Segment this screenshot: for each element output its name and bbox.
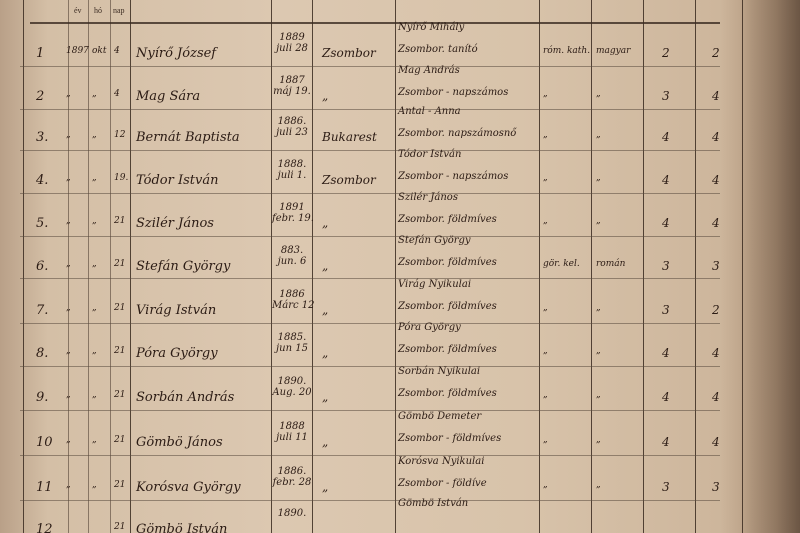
cell-ho: „ bbox=[92, 173, 97, 183]
cell-birthplace: Zsombor bbox=[322, 46, 376, 60]
cell-religion: „ bbox=[543, 346, 548, 356]
cell-ho: „ bbox=[92, 89, 97, 99]
cell-c1: 3 bbox=[662, 89, 670, 103]
cell-residence: Zsombor - földíve bbox=[398, 478, 487, 489]
cell-ev: „ bbox=[66, 390, 71, 400]
cell-c2: 3 bbox=[712, 259, 720, 273]
cell-ev: „ bbox=[66, 130, 71, 140]
header-year: év bbox=[74, 6, 82, 15]
cell-no: 3. bbox=[36, 130, 48, 145]
birth-year: 1890. bbox=[272, 508, 312, 519]
birth-day: jun 15 bbox=[272, 343, 312, 354]
cell-c2: 4 bbox=[712, 216, 720, 230]
cell-parent: Korósva Nyikulai bbox=[398, 456, 484, 467]
cell-nationality: „ bbox=[596, 89, 601, 99]
cell-nap: 12 bbox=[114, 130, 125, 140]
birth-year: 1887 bbox=[272, 75, 312, 86]
cell-no: 7. bbox=[36, 303, 48, 318]
birth-day: Aug. 20 bbox=[272, 387, 312, 398]
cell-residence: Zsombor. földmíves bbox=[398, 344, 497, 355]
cell-c1: 4 bbox=[662, 435, 670, 449]
birth-day: juli 28 bbox=[272, 43, 312, 54]
cell-residence: Zsombor - napszámos bbox=[398, 171, 508, 182]
row-rule bbox=[20, 323, 720, 324]
cell-nationality: „ bbox=[596, 480, 601, 490]
cell-nap: 21 bbox=[114, 346, 125, 356]
cell-c1: 4 bbox=[662, 173, 670, 187]
column-rule bbox=[643, 0, 644, 533]
cell-ho: „ bbox=[92, 130, 97, 140]
cell-residence: Zsombor. földmíves bbox=[398, 388, 497, 399]
cell-birth-date: 1886.juli 23 bbox=[272, 116, 312, 138]
cell-birth-date: 1891febr. 19. bbox=[272, 202, 312, 224]
row-rule bbox=[20, 500, 720, 501]
header-rule bbox=[30, 22, 720, 24]
birth-year: 1886. bbox=[272, 466, 312, 477]
cell-ho: „ bbox=[92, 390, 97, 400]
birth-day: jun. 6 bbox=[272, 256, 312, 267]
cell-name: Virág István bbox=[136, 303, 216, 318]
cell-religion: „ bbox=[543, 435, 548, 445]
header-month: hó bbox=[94, 6, 102, 15]
cell-name: Nyírő József bbox=[136, 46, 216, 61]
row-rule bbox=[20, 66, 720, 67]
birth-year: 1888 bbox=[272, 421, 312, 432]
cell-religion: „ bbox=[543, 216, 548, 226]
cell-birth-date: 1885.jun 15 bbox=[272, 332, 312, 354]
column-rule bbox=[695, 0, 696, 533]
birth-day: juli 11 bbox=[272, 432, 312, 443]
cell-ho: „ bbox=[92, 216, 97, 226]
cell-nationality: „ bbox=[596, 216, 601, 226]
cell-birthplace: „ bbox=[322, 346, 328, 360]
cell-nap: 21 bbox=[114, 522, 125, 532]
row-rule bbox=[20, 455, 720, 456]
cell-birthplace: Bukarest bbox=[322, 130, 377, 144]
birth-year: 1891 bbox=[272, 202, 312, 213]
cell-parent: Gömbö Demeter bbox=[398, 411, 481, 422]
cell-ho: „ bbox=[92, 303, 97, 313]
cell-no: 2 bbox=[36, 89, 44, 104]
cell-religion: „ bbox=[543, 390, 548, 400]
cell-c1: 3 bbox=[662, 259, 670, 273]
cell-parent: Antal - Anna bbox=[398, 106, 461, 117]
cell-birth-date: 1886Márc 12 bbox=[272, 289, 312, 311]
cell-residence: Zsombor. tanító bbox=[398, 44, 478, 55]
cell-birthplace: „ bbox=[322, 390, 328, 404]
ledger-page: év hó nap 11897okt4Nyírő JózsefZsomborró… bbox=[0, 0, 800, 533]
cell-c2: 4 bbox=[712, 346, 720, 360]
birth-year: 883. bbox=[272, 245, 312, 256]
column-rule bbox=[23, 0, 24, 533]
cell-nap: 4 bbox=[114, 89, 120, 99]
cell-ho: okt bbox=[92, 46, 107, 56]
cell-birthplace: „ bbox=[322, 435, 328, 449]
cell-residence: Zsombor. napszámosnő bbox=[398, 128, 516, 139]
cell-parent: Szilér János bbox=[398, 192, 458, 203]
cell-no: 8. bbox=[36, 346, 48, 361]
cell-nap: 19. bbox=[114, 173, 128, 183]
cell-parent: Póra György bbox=[398, 322, 461, 333]
cell-religion: róm. kath. bbox=[543, 46, 590, 56]
cell-nationality: magyar bbox=[596, 46, 630, 56]
cell-c1: 4 bbox=[662, 390, 670, 404]
birth-year: 1886 bbox=[272, 289, 312, 300]
cell-nap: 21 bbox=[114, 259, 125, 269]
cell-c1: 4 bbox=[662, 346, 670, 360]
cell-nap: 4 bbox=[114, 46, 120, 56]
cell-no: 4. bbox=[36, 173, 48, 188]
cell-no: 11 bbox=[36, 480, 53, 495]
cell-c1: 4 bbox=[662, 130, 670, 144]
cell-birth-date: 1887máj 19. bbox=[272, 75, 312, 97]
cell-ev: „ bbox=[66, 435, 71, 445]
header-day: nap bbox=[113, 6, 125, 15]
cell-ev: „ bbox=[66, 259, 71, 269]
birth-day: febr. 19. bbox=[272, 213, 312, 224]
cell-no: 9. bbox=[36, 390, 48, 405]
cell-c1: 3 bbox=[662, 480, 670, 494]
cell-no: 1 bbox=[36, 46, 44, 61]
cell-residence: Zsombor. földmíves bbox=[398, 301, 497, 312]
cell-parent: Nyírő Mihály bbox=[398, 22, 464, 33]
cell-c2: 4 bbox=[712, 173, 720, 187]
cell-parent: Mag András bbox=[398, 65, 460, 76]
cell-c1: 2 bbox=[662, 46, 670, 60]
cell-birthplace: „ bbox=[322, 216, 328, 230]
cell-parent: Virág Nyikulai bbox=[398, 279, 471, 290]
row-rule bbox=[20, 278, 720, 279]
cell-ho: „ bbox=[92, 480, 97, 490]
row-rule bbox=[20, 236, 720, 237]
cell-no: 12 bbox=[36, 522, 53, 533]
cell-nationality: „ bbox=[596, 173, 601, 183]
cell-name: Mag Sára bbox=[136, 89, 200, 104]
cell-c2: 4 bbox=[712, 89, 720, 103]
cell-parent: Sorbán Nyikulai bbox=[398, 366, 480, 377]
cell-nationality: román bbox=[596, 259, 625, 269]
cell-birthplace: „ bbox=[322, 259, 328, 273]
birth-day: febr. 28 bbox=[272, 477, 312, 488]
cell-residence: Zsombor. földmíves bbox=[398, 214, 497, 225]
cell-nationality: „ bbox=[596, 435, 601, 445]
column-rule bbox=[110, 0, 111, 533]
cell-birth-date: 1886.febr. 28 bbox=[272, 466, 312, 488]
column-rule bbox=[312, 0, 313, 533]
cell-nationality: „ bbox=[596, 130, 601, 140]
cell-ev: „ bbox=[66, 89, 71, 99]
cell-name: Gömbö János bbox=[136, 435, 223, 450]
cell-c2: 4 bbox=[712, 130, 720, 144]
cell-c1: 3 bbox=[662, 303, 670, 317]
cell-birthplace: Zsombor bbox=[322, 173, 376, 187]
cell-parent: Gömbö István bbox=[398, 498, 468, 509]
column-rule bbox=[130, 0, 131, 533]
cell-religion: „ bbox=[543, 89, 548, 99]
cell-nap: 21 bbox=[114, 216, 125, 226]
cell-ho: „ bbox=[92, 346, 97, 356]
cell-birthplace: „ bbox=[322, 89, 328, 103]
cell-parent: Stefán György bbox=[398, 235, 471, 246]
cell-ho: „ bbox=[92, 435, 97, 445]
cell-religion: „ bbox=[543, 303, 548, 313]
cell-ev: „ bbox=[66, 346, 71, 356]
cell-name: Bernát Baptista bbox=[136, 130, 240, 145]
cell-religion: „ bbox=[543, 173, 548, 183]
cell-name: Szilér János bbox=[136, 216, 214, 231]
cell-birth-date: 1890.Aug. 20 bbox=[272, 376, 312, 398]
cell-birth-date: 1889juli 28 bbox=[272, 32, 312, 54]
row-rule bbox=[20, 150, 720, 151]
cell-religion: „ bbox=[543, 130, 548, 140]
cell-c2: 3 bbox=[712, 480, 720, 494]
cell-name: Stefán György bbox=[136, 259, 230, 274]
row-rule bbox=[20, 109, 720, 110]
cell-name: Gömbö István bbox=[136, 522, 227, 533]
cell-name: Sorbán András bbox=[136, 390, 234, 405]
column-rule bbox=[395, 0, 396, 533]
row-rule bbox=[20, 410, 720, 411]
cell-c1: 4 bbox=[662, 216, 670, 230]
cell-name: Tódor István bbox=[136, 173, 218, 188]
cell-ev: „ bbox=[66, 480, 71, 490]
birth-year: 1890. bbox=[272, 376, 312, 387]
cell-birth-date: 1888.juli 1. bbox=[272, 159, 312, 181]
cell-religion: „ bbox=[543, 480, 548, 490]
birth-year: 1886. bbox=[272, 116, 312, 127]
cell-parent: Tódor István bbox=[398, 149, 461, 160]
row-rule bbox=[20, 366, 720, 367]
cell-religion: gör. kel. bbox=[543, 259, 580, 269]
cell-name: Póra György bbox=[136, 346, 218, 361]
cell-no: 6. bbox=[36, 259, 48, 274]
cell-nap: 21 bbox=[114, 303, 125, 313]
cell-nap: 21 bbox=[114, 390, 125, 400]
cell-birthplace: „ bbox=[322, 303, 328, 317]
row-rule bbox=[20, 193, 720, 194]
cell-residence: Zsombor - napszámos bbox=[398, 87, 508, 98]
cell-ev: „ bbox=[66, 216, 71, 226]
cell-birth-date: 883.jun. 6 bbox=[272, 245, 312, 267]
cell-birth-date: 1890. bbox=[272, 508, 312, 519]
cell-nap: 21 bbox=[114, 480, 125, 490]
birth-day: juli 23 bbox=[272, 127, 312, 138]
birth-day: máj 19. bbox=[272, 86, 312, 97]
birth-year: 1885. bbox=[272, 332, 312, 343]
birth-day: juli 1. bbox=[272, 170, 312, 181]
birth-year: 1889 bbox=[272, 32, 312, 43]
cell-c2: 4 bbox=[712, 390, 720, 404]
cell-residence: Zsombor - földmíves bbox=[398, 433, 501, 444]
binding-shadow bbox=[740, 0, 800, 533]
cell-c2: 2 bbox=[712, 46, 720, 60]
birth-day: Márc 12 bbox=[272, 300, 312, 311]
cell-nationality: „ bbox=[596, 303, 601, 313]
cell-c2: 2 bbox=[712, 303, 720, 317]
column-rule bbox=[539, 0, 540, 533]
cell-ev: „ bbox=[66, 173, 71, 183]
cell-nap: 21 bbox=[114, 435, 125, 445]
cell-no: 10 bbox=[36, 435, 53, 450]
cell-no: 5. bbox=[36, 216, 48, 231]
cell-ev: „ bbox=[66, 303, 71, 313]
column-rule bbox=[88, 0, 89, 533]
cell-ev: 1897 bbox=[66, 46, 89, 56]
cell-nationality: „ bbox=[596, 390, 601, 400]
birth-year: 1888. bbox=[272, 159, 312, 170]
cell-birth-date: 1888juli 11 bbox=[272, 421, 312, 443]
column-rule bbox=[591, 0, 592, 533]
cell-ho: „ bbox=[92, 259, 97, 269]
cell-residence: Zsombor. földmíves bbox=[398, 257, 497, 268]
cell-nationality: „ bbox=[596, 346, 601, 356]
cell-birthplace: „ bbox=[322, 480, 328, 494]
cell-name: Korósva György bbox=[136, 480, 241, 495]
cell-c2: 4 bbox=[712, 435, 720, 449]
